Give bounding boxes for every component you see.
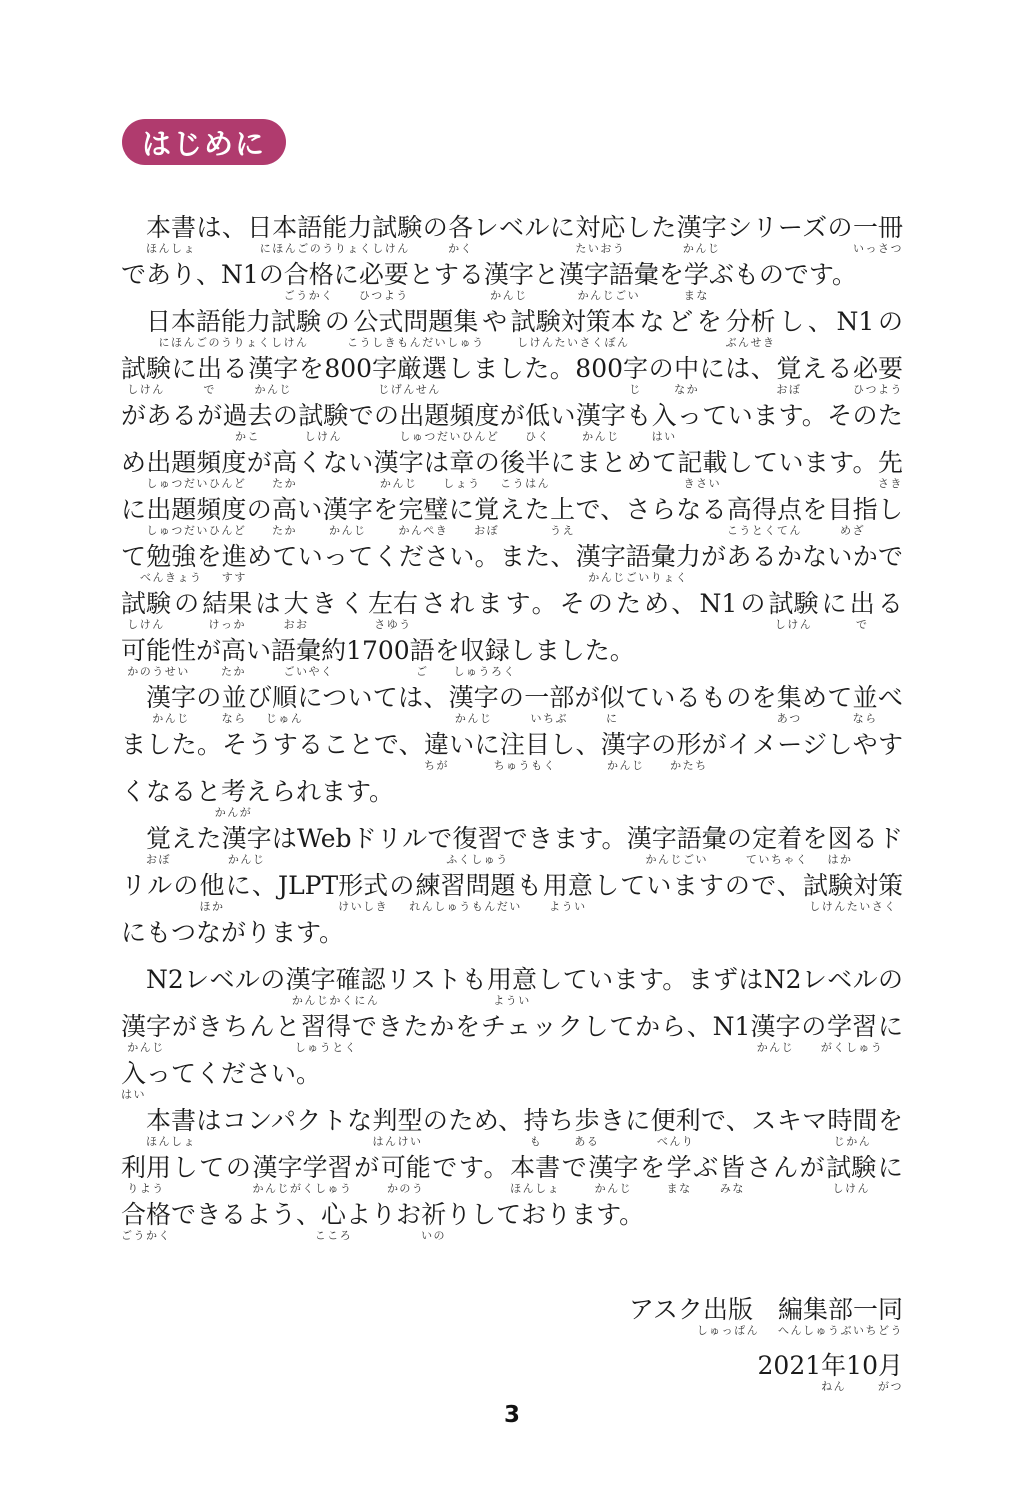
furigana: けっか <box>209 619 247 630</box>
furigana: おぼ <box>474 525 499 536</box>
ruby-segment: 字厳選じげんせん <box>372 355 447 383</box>
ruby-segment: 練習問題れんしゅうもんだい <box>416 872 516 900</box>
ruby-segment: 学まな <box>667 1154 692 1182</box>
ruby-segment: 漢字かんじ <box>121 1013 171 1041</box>
ruby-segment: 試験しけん <box>298 402 348 430</box>
ruby-segment: 試験しけん <box>826 1154 876 1182</box>
ruby-segment: 勉強べんきょう <box>146 543 196 571</box>
ruby-segment: 高得点こうとくてん <box>727 496 802 524</box>
furigana: なら <box>222 713 247 724</box>
ruby-segment: 本書ほんしょ <box>510 1154 560 1182</box>
furigana: はか <box>828 854 853 865</box>
furigana: きさい <box>684 478 722 489</box>
ruby-segment: 便利べんり <box>651 1107 701 1135</box>
furigana: おお <box>284 619 309 630</box>
ruby-segment: 上うえ <box>550 496 575 524</box>
furigana: あつ <box>777 713 802 724</box>
furigana: ぶんせき <box>725 337 775 348</box>
ruby-segment: 出題頻度しゅつだいひんど <box>399 402 499 430</box>
furigana: ちが <box>424 760 449 771</box>
ruby-segment: 学習がくしゅう <box>827 1013 877 1041</box>
paragraph: 本書ほんしょは、日本語能力試験にほんごのうりょくしけんの各かくレベルに対応たいお… <box>121 204 903 298</box>
furigana: かんじごい <box>578 290 641 301</box>
ruby-segment: 本書ほんしょ <box>146 1107 196 1135</box>
ruby-segment: 図はか <box>828 825 853 853</box>
ruby-segment: 漢字学習かんじがくしゅう <box>252 1154 352 1182</box>
ruby-segment: 漢字語彙力かんじごいりょく <box>576 543 701 571</box>
ruby-segment: 漢字かんじ <box>248 355 298 383</box>
ruby-segment: 合格ごうかく <box>121 1201 171 1229</box>
furigana: こうしきもんだいしゅう <box>347 337 485 348</box>
furigana: ようい <box>549 901 587 912</box>
furigana: がくしゅう <box>821 1042 884 1053</box>
furigana: しゅうろく <box>453 666 516 677</box>
ruby-segment: 編集部へんしゅうぶ <box>778 1296 853 1324</box>
ruby-segment: 必要ひつよう <box>853 355 903 383</box>
ruby-segment: 漢字かんじ <box>677 214 727 242</box>
ruby-segment: 完璧かんぺき <box>398 496 448 524</box>
ruby-segment: 漢字かんじ <box>146 684 196 712</box>
furigana: かんじごい <box>645 854 708 865</box>
ruby-segment: 高たか <box>272 496 297 524</box>
furigana: がつ <box>878 1381 903 1392</box>
furigana: はい <box>121 1089 146 1100</box>
furigana: かのう <box>387 1183 425 1194</box>
ruby-segment: 高たか <box>221 637 246 665</box>
furigana: かんじがくしゅう <box>252 1183 352 1194</box>
furigana: しゅっぱん <box>697 1325 760 1336</box>
ruby-segment: 覚おぼ <box>146 825 171 853</box>
ruby-segment: 漢字かんじ <box>449 684 499 712</box>
ruby-segment: 出で <box>850 590 875 618</box>
ruby-segment: 必要ひつよう <box>359 261 409 289</box>
ruby-segment: 漢字語彙かんじごい <box>559 261 659 289</box>
furigana: かんが <box>215 807 253 818</box>
ruby-segment: 試験対策本しけんたいさくぼん <box>511 308 636 336</box>
ruby-segment: 並なら <box>853 684 878 712</box>
furigana: たか <box>221 666 246 677</box>
ruby-segment: 目指めざ <box>828 496 878 524</box>
furigana: じげんせん <box>378 384 441 395</box>
furigana: さき <box>878 478 903 489</box>
ruby-segment: 後半こうはん <box>500 449 550 477</box>
ruby-segment: 公式問題集こうしきもんだいしゅう <box>353 308 478 336</box>
furigana: じ <box>629 384 642 395</box>
furigana: けいしき <box>338 901 388 912</box>
paragraph: 日本語能力試験にほんごのうりょくしけんの公式問題集こうしきもんだいしゅうや試験対… <box>121 298 903 674</box>
furigana: ねん <box>821 1381 846 1392</box>
furigana: も <box>530 1136 543 1147</box>
ruby-segment: 月がつ <box>878 1352 903 1380</box>
paragraph: N2レベルの漢字確認かんじかくにんリストも用意よういしています。まずはN2レベル… <box>121 956 903 1097</box>
furigana: かんじ <box>254 384 292 395</box>
furigana: まな <box>667 1183 692 1194</box>
furigana: ほんしょ <box>510 1183 560 1194</box>
furigana: はんけい <box>373 1136 423 1147</box>
body-text: 本書ほんしょは、日本語能力試験にほんごのうりょくしけんの各かくレベルに対応たいお… <box>121 204 903 1238</box>
ruby-segment: 年ねん <box>821 1352 846 1380</box>
ruby-segment: 出版しゅっぱん <box>703 1296 753 1324</box>
ruby-segment: 漢字かんじ <box>374 449 424 477</box>
furigana: かんじ <box>595 1183 633 1194</box>
ruby-segment: 用意ようい <box>543 872 593 900</box>
ruby-segment: 出で <box>197 355 222 383</box>
ruby-segment: 似に <box>600 684 625 712</box>
furigana: かんじ <box>582 431 620 442</box>
ruby-segment: 考かんが <box>221 778 246 806</box>
furigana: おぼ <box>776 384 801 395</box>
ruby-segment: 覚おぼ <box>776 355 801 383</box>
ruby-segment: 語彙約ごいやく <box>271 637 346 665</box>
colophon: アスク出版しゅっぱん 編集部へんしゅうぶ一同いちどう 2021年ねん10月がつ <box>629 1282 903 1394</box>
publisher-signature: アスク出版しゅっぱん 編集部へんしゅうぶ一同いちどう <box>629 1282 903 1338</box>
furigana: ほんしょ <box>146 243 196 254</box>
furigana: しけん <box>127 619 165 630</box>
ruby-segment: 漢字かんじ <box>484 261 534 289</box>
furigana: ちゅうもく <box>494 760 557 771</box>
furigana: しゅつだいひんど <box>399 431 499 442</box>
furigana: こうはん <box>500 478 550 489</box>
furigana: しけん <box>304 431 342 442</box>
furigana: かんじごいりょく <box>588 572 688 583</box>
ruby-segment: 漢字かんじ <box>588 1154 638 1182</box>
furigana: べんり <box>657 1136 695 1147</box>
furigana: たいおう <box>575 243 625 254</box>
ruby-segment: 違ちが <box>424 731 449 759</box>
furigana: かこ <box>235 431 260 442</box>
furigana: かんじ <box>329 525 367 536</box>
ruby-segment: 左右さゆう <box>368 590 418 618</box>
ruby-segment: 入はい <box>121 1060 146 1088</box>
furigana: なか <box>674 384 699 395</box>
furigana: かんじ <box>152 713 190 724</box>
furigana: ご <box>416 666 429 677</box>
furigana: べんきょう <box>140 572 203 583</box>
ruby-segment: 一同いちどう <box>853 1296 903 1324</box>
furigana: たか <box>272 478 297 489</box>
ruby-segment: 集あつ <box>777 684 802 712</box>
ruby-segment: 大おお <box>284 590 309 618</box>
furigana: かんじ <box>228 854 266 865</box>
furigana: かく <box>448 243 473 254</box>
ruby-segment: 章しょう <box>449 449 474 477</box>
furigana: にほんごのうりょくしけん <box>260 243 410 254</box>
ruby-segment: 利用りよう <box>121 1154 171 1182</box>
furigana: ほか <box>200 901 225 912</box>
furigana: しゅつだいひんど <box>146 478 246 489</box>
furigana: ある <box>574 1136 599 1147</box>
ruby-segment: 時間じかん <box>828 1107 878 1135</box>
paragraph: 漢字かんじの並ならび順じゅんについては、漢字かんじの一部いちぶが似にているものを… <box>121 674 903 815</box>
ruby-segment: 復習ふくしゅう <box>452 825 502 853</box>
ruby-segment: 皆みな <box>720 1154 745 1182</box>
furigana: ほんしょ <box>146 1136 196 1147</box>
ruby-segment: 定着ていちゃく <box>752 825 802 853</box>
ruby-segment: 分析ぶんせき <box>725 308 775 336</box>
furigana: たか <box>272 525 297 536</box>
publication-date: 2021年ねん10月がつ <box>629 1338 903 1394</box>
furigana: すす <box>222 572 247 583</box>
ruby-segment: 漢字語彙かんじごい <box>627 825 727 853</box>
ruby-segment: 進すす <box>222 543 247 571</box>
page-number: 3 <box>0 1402 1024 1428</box>
ruby-segment: 注目ちゅうもく <box>500 731 550 759</box>
ruby-segment: 一冊いっさつ <box>853 214 903 242</box>
paragraph: 本書ほんしょはコンパクトな判型はんけいのため、持もち歩あるきに便利べんりで、スキ… <box>121 1097 903 1238</box>
furigana: しゅうとく <box>295 1042 358 1053</box>
ruby-segment: 低ひく <box>525 402 550 430</box>
ruby-segment: 日本語能力試験にほんごのうりょくしけん <box>146 308 321 336</box>
furigana: おぼ <box>146 854 171 865</box>
furigana: かんじ <box>490 290 528 301</box>
furigana: かんじ <box>380 478 418 489</box>
ruby-segment: 順じゅん <box>272 684 297 712</box>
furigana: へんしゅうぶ <box>778 1325 853 1336</box>
section-title: はじめに <box>142 122 266 163</box>
furigana: かのうせい <box>127 666 190 677</box>
ruby-segment: 形式けいしき <box>338 872 388 900</box>
furigana: にほんごのうりょくしけん <box>159 337 309 348</box>
ruby-segment: 漢字かんじ <box>323 496 373 524</box>
furigana: しょう <box>443 478 481 489</box>
furigana: かたち <box>670 760 708 771</box>
ruby-segment: 習得しゅうとく <box>301 1013 351 1041</box>
furigana: ふくしゅう <box>446 854 509 865</box>
furigana: ひく <box>525 431 550 442</box>
furigana: かんじ <box>127 1042 165 1053</box>
paragraph: 覚おぼえた漢字かんじはWebドリルで復習ふくしゅうできます。漢字語彙かんじごいの… <box>121 815 903 956</box>
ruby-segment: 他ほか <box>200 872 225 900</box>
furigana: うえ <box>550 525 575 536</box>
furigana: れんしゅうもんだい <box>409 901 522 912</box>
furigana: かんじ <box>757 1042 795 1053</box>
ruby-segment: 入はい <box>652 402 677 430</box>
ruby-segment: 判型はんけい <box>373 1107 423 1135</box>
furigana: ごうかく <box>284 290 334 301</box>
furigana: ひつよう <box>359 290 409 301</box>
ruby-segment: 一部いちぶ <box>524 684 574 712</box>
ruby-segment: 歩ある <box>574 1107 599 1135</box>
furigana: なら <box>853 713 878 724</box>
ruby-segment: 字じ <box>623 355 648 383</box>
ruby-segment: 可能かのう <box>381 1154 431 1182</box>
ruby-segment: 本書ほんしょ <box>146 214 196 242</box>
furigana: ごいやく <box>284 666 334 677</box>
furigana: かんじ <box>683 243 721 254</box>
ruby-segment: 日本語能力試験にほんごのうりょくしけん <box>247 214 422 242</box>
ruby-segment: 漢字かんじ <box>601 731 651 759</box>
section-title-badge: はじめに <box>122 119 286 165</box>
furigana: こうとくてん <box>727 525 802 536</box>
furigana: かんじ <box>455 713 493 724</box>
ruby-segment: 試験しけん <box>769 590 819 618</box>
ruby-segment: 出題頻度しゅつだいひんど <box>146 496 246 524</box>
ruby-segment: 先さき <box>878 449 903 477</box>
furigana: じゅん <box>266 713 304 724</box>
furigana: ていちゃく <box>746 854 809 865</box>
ruby-segment: 高たか <box>272 449 297 477</box>
ruby-segment: 収録しゅうろく <box>460 637 510 665</box>
ruby-segment: 漢字かんじ <box>750 1013 800 1041</box>
ruby-segment: 並なら <box>222 684 247 712</box>
furigana: まな <box>684 290 709 301</box>
ruby-segment: 祈いの <box>421 1201 446 1229</box>
furigana: さゆう <box>374 619 412 630</box>
furigana: いちどう <box>853 1325 903 1336</box>
ruby-segment: 合格ごうかく <box>284 261 334 289</box>
furigana: しゅつだいひんど <box>146 525 246 536</box>
furigana: かんじ <box>607 760 645 771</box>
furigana: しけん <box>127 384 165 395</box>
page: はじめに 本書ほんしょは、日本語能力試験にほんごのうりょくしけんの各かくレベルに… <box>0 0 1024 1497</box>
furigana: いっさつ <box>853 243 903 254</box>
ruby-segment: 試験対策しけんたいさく <box>803 872 903 900</box>
furigana: いの <box>421 1230 446 1241</box>
furigana: しけん <box>833 1183 871 1194</box>
furigana: じかん <box>834 1136 872 1147</box>
furigana: で <box>203 384 216 395</box>
furigana: りよう <box>127 1183 165 1194</box>
ruby-segment: 過去かこ <box>222 402 272 430</box>
furigana: ごうかく <box>121 1230 171 1241</box>
ruby-segment: 語ご <box>410 637 435 665</box>
furigana: ひつよう <box>853 384 903 395</box>
furigana: で <box>856 619 869 630</box>
ruby-segment: 試験しけん <box>121 355 171 383</box>
ruby-segment: 試験しけん <box>121 590 171 618</box>
furigana: かんじかくにん <box>292 995 380 1006</box>
ruby-segment: 可能性かのうせい <box>121 637 196 665</box>
furigana: みな <box>720 1183 745 1194</box>
ruby-segment: 漢字かんじ <box>222 825 272 853</box>
furigana: めざ <box>840 525 865 536</box>
ruby-segment: 学まな <box>684 261 709 289</box>
ruby-segment: 覚おぼ <box>474 496 499 524</box>
ruby-segment: 中なか <box>674 355 699 383</box>
ruby-segment: 結果けっか <box>202 590 252 618</box>
ruby-segment: 対応たいおう <box>575 214 625 242</box>
furigana: しけん <box>775 619 813 630</box>
furigana: しけんたいさくぼん <box>517 337 630 348</box>
ruby-segment: 持も <box>524 1107 549 1135</box>
furigana: いちぶ <box>530 713 568 724</box>
ruby-segment: 各かく <box>448 214 473 242</box>
furigana: かんぺき <box>399 525 449 536</box>
furigana: はい <box>652 431 677 442</box>
ruby-segment: 形かたち <box>676 731 701 759</box>
ruby-segment: 出題頻度しゅつだいひんど <box>146 449 246 477</box>
ruby-segment: 用意ようい <box>487 966 537 994</box>
ruby-segment: 漢字かんじ <box>576 402 626 430</box>
ruby-segment: 漢字確認かんじかくにん <box>286 966 386 994</box>
ruby-segment: 記載きさい <box>677 449 727 477</box>
ruby-segment: 心こころ <box>321 1201 346 1229</box>
furigana: に <box>606 713 619 724</box>
furigana: ようい <box>493 995 531 1006</box>
furigana: しけんたいさく <box>809 901 897 912</box>
furigana: こころ <box>315 1230 353 1241</box>
